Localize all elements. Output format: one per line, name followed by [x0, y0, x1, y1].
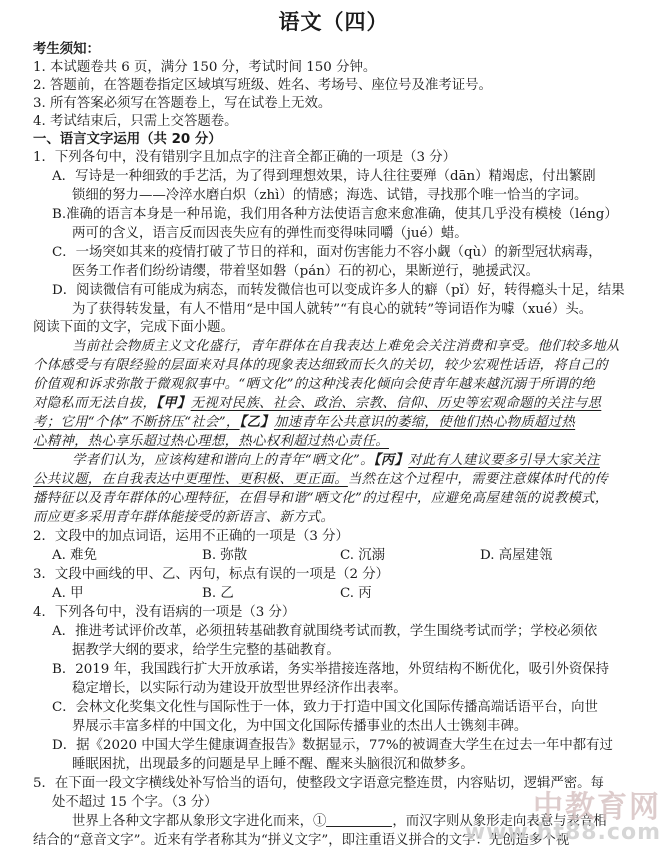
passage-line: 个体感受与有限经验的层面来对具体的现象表达细致而长久的关切，较少宏观性话语，将自…: [33, 356, 608, 376]
q1-option-d: D．阅读微信有可能成为病态，而转发微信也可以变成许多人的癖（pǐ）好，转得瘾头十…: [52, 281, 625, 301]
option-text: 会林文化奖集文化性与国际性于一体，致力于打造中国文化国际传播高端话语平台，向世: [76, 700, 598, 715]
q1-option-a: A．写诗是一种细致的手艺活，为了得到理想效果，诗人往往要殚（dān）精竭虑，付出…: [52, 167, 596, 187]
passage-line: 而应更多采用青年群体能接受的新语言、新方式。: [33, 508, 334, 528]
passage-line: 价值观和诉求弥散于微观叙事中。“晒文化”的这种浅表化倾向会使青年越来越沉溺于所谓…: [33, 375, 595, 395]
site-watermark: 中教育网 www.ht88.com: [465, 782, 661, 845]
q1-option-b: B.准确的语言本身是一种吊诡，我们用各种方法使语言愈来愈准确，使其几乎没有模棱（…: [52, 205, 618, 225]
option-label: C．: [52, 245, 76, 260]
q1-option-d-cont: 为了获得转发量，有人不惜用“是中国人就转”“有良心的就转”等词语作为噱（xué）…: [72, 300, 592, 320]
q3-option-b: B. 乙: [202, 584, 234, 604]
q2-option-a: A. 难免: [52, 546, 97, 566]
q4-option-d: D．据《2020 中国大学生健康调查报告》数据显示，77%的被调查大学生在过去一…: [52, 736, 613, 756]
passage-text: 对隐私而无法自拔，: [33, 396, 156, 411]
q4-option-c: C．会林文化奖集文化性与国际性于一体，致力于打造中国文化国际传播高端话语平台，向…: [52, 698, 598, 718]
section-heading: 一、语言文字运用（共 20 分）: [33, 130, 222, 150]
answer-blank-1[interactable]: [326, 812, 392, 827]
option-text: 阅读微信有可能成为病态，而转发微信也可以变成许多人的癖（pǐ）好，转得瘾头十足，…: [76, 283, 624, 298]
question-4-stem: 4．下列各句中，没有语病的一项是（3 分）: [33, 603, 295, 623]
reading-instruction: 阅读下面的文字，完成下面小题。: [33, 318, 234, 338]
option-text: 一场突如其来的疫情打破了节日的祥和，面对伤害能力不容小觑（qù）的新型冠状病毒，: [76, 245, 602, 260]
q1-option-a-cont: 锁细的努力——冷淬水磨白炽（zhì）的情感；海选、试错，寻找那个唯一恰当的字词。: [72, 186, 587, 206]
q2-option-c: C. 沉溺: [340, 546, 385, 566]
q1-option-c-cont: 医务工作者们纷纷请缨，带着坚如磐（pán）石的初心，果断逆行，驰援武汉。: [72, 262, 539, 282]
passage-text: 当然在这个过程中，需要注意媒体时代的传: [348, 472, 608, 487]
q4-option-b-cont: 稳定增长，以实际行动为建设开放型世界经济作出表率。: [72, 679, 407, 699]
option-label: C．: [52, 700, 76, 715]
passage-line: 心精神，热心享乐超过热心理想，热心权利超过热心责任。: [33, 432, 389, 452]
watermark-url: www.ht88.com: [465, 820, 661, 845]
passage-line: 当前社会物质主义文化盛行，青年群体在自我表达上难免会关注消费和享受。他们较多地从: [72, 337, 620, 357]
underlined-sentence-bing-cont: 公共议题，在自我表达中更理性、更积极、更正面。: [33, 472, 348, 487]
option-label: D．: [52, 283, 76, 298]
question-3-stem: 3．文段中画线的甲、乙、丙句，标点有误的一项是（2 分）: [33, 565, 389, 585]
q3-option-a: A. 甲: [52, 584, 84, 604]
option-text: 写诗是一种细致的手艺活，为了得到理想效果，诗人往往要殚（dān）精竭虑，付出繁剧: [75, 169, 596, 184]
question-5-stem-cont: 处不超过 15 个字。（3 分）: [52, 793, 218, 813]
option-text: 推进考试评价改革，必须扭转基础教育就围绕考试而教，学生围绕考试而学；学校必须依: [75, 624, 597, 639]
option-label: B.: [52, 207, 66, 222]
option-label: A．: [52, 169, 75, 184]
q4-option-a-cont: 据教学大纲的要求，给学生完整的基础教育。: [72, 641, 340, 661]
question-1-stem: 1．下列各句中，没有错别字且加点字的注音全都正确的一项是（3 分）: [33, 148, 456, 168]
q5-text: 世界上各种文字都从象形文字进化而来，①: [72, 814, 326, 829]
page-title: 语文（四）: [0, 6, 667, 36]
passage-line: 考；它用“个体”不断挤压“社会”，【乙】加速青年公共意识的萎缩，使他们热心物质超…: [33, 413, 575, 433]
q4-option-d-cont: 睡眠困扰，出现最多的问题是早上睡不醒、醒来头脑很沉和做梦多。: [72, 755, 474, 775]
q4-option-b: B．2019 年，我国践行扩大开放承诺，务实举措接连落地，外贸结构不断优化，吸引…: [52, 660, 609, 680]
q1-option-b-cont: 两可的含义，语言反而因丧失应有的弹性而变得味同嚼（jué）蜡。: [72, 224, 468, 244]
q2-option-d: D. 高屋建瓴: [480, 546, 552, 566]
passage-line: 对隐私而无法自拔，【甲】无视对民族、社会、政治、宗教、信仰、历史等宏观命题的关注…: [33, 394, 601, 414]
exam-page: 语文（四） 考生须知： 1. 本试题卷共 6 页，满分 150 分，考试时间 1…: [0, 0, 667, 851]
option-label: B．: [52, 662, 75, 677]
marker-yi: 【乙】: [240, 415, 274, 430]
notice-item: 3. 所有答案必须写在答题卷上，写在试卷上无效。: [33, 94, 331, 114]
notice-heading: 考生须知：: [33, 40, 100, 60]
passage-line: 学者们认为，应该构建和谐向上的青年“晒文化”。【丙】对此有人建议要多引导大家关注: [72, 451, 600, 471]
option-text: 2019 年，我国践行扩大开放承诺，务实举措接连落地，外贸结构不断优化，吸引外资…: [75, 662, 609, 677]
question-2-stem: 2．文段中的加点词语，运用不正确的一项是（3 分）: [33, 527, 349, 547]
option-label: D．: [52, 738, 76, 753]
passage-line: 公共议题，在自我表达中更理性、更积极、更正面。当然在这个过程中，需要注意媒体时代…: [33, 470, 608, 490]
underlined-sentence-bing: 对此有人建议要多引导大家关注: [408, 453, 600, 468]
option-label: A．: [52, 624, 75, 639]
q1-option-c: C．一场突如其来的疫情打破了节日的祥和，面对伤害能力不容小觑（qù）的新型冠状病…: [52, 243, 602, 263]
underlined-sentence-jia: 无视对民族、社会、政治、宗教、信仰、历史等宏观命题的关注与思: [191, 396, 602, 411]
notice-item: 1. 本试题卷共 6 页，满分 150 分，考试时间 150 分钟。: [33, 58, 376, 78]
q4-option-a: A．推进考试评价改革，必须扭转基础教育就围绕考试而教，学生围绕考试而学；学校必须…: [52, 622, 597, 642]
passage-line: 播特征以及青年群体的心理特征，在倡导和谐“晒文化”的过程中，应避免高屋建瓴的说教…: [33, 489, 609, 509]
q2-option-b: B. 弥散: [202, 546, 247, 566]
underlined-sentence-yi: 加速青年公共意识的萎缩，使他们热心物质超过热: [274, 415, 575, 430]
marker-jia: 【甲】: [156, 396, 190, 411]
q3-option-c: C. 丙: [340, 584, 372, 604]
q4-option-c-cont: 界展示丰富多样的中国文化，为中国文化国际传播事业的杰出人士镌刻丰碑。: [72, 717, 527, 737]
option-text: 准确的语言本身是一种吊诡，我们用各种方法使语言愈来愈准确，使其几乎没有模棱（lé…: [66, 207, 618, 222]
passage-text: 学者们认为，应该构建和谐向上的青年“晒文化”。: [72, 453, 374, 468]
option-text: 据《2020 中国大学生健康调查报告》数据显示，77%的被调查大学生在过去一年中…: [76, 738, 613, 753]
underlined-sentence-jia-cont: 考；它用“个体”不断挤压“社会”，: [33, 415, 240, 430]
underlined-sentence-yi-cont: 心精神，热心享乐超过热心理想，热心权利超过热心责任。: [33, 434, 389, 449]
notice-item: 2. 答题前，在答题卷指定区域填写班级、姓名、考场号、座位号及准考证号。: [33, 76, 492, 96]
notice-item: 4. 考试结束后，只需上交答题卷。: [33, 112, 238, 132]
marker-bing: 【丙】: [374, 453, 408, 468]
